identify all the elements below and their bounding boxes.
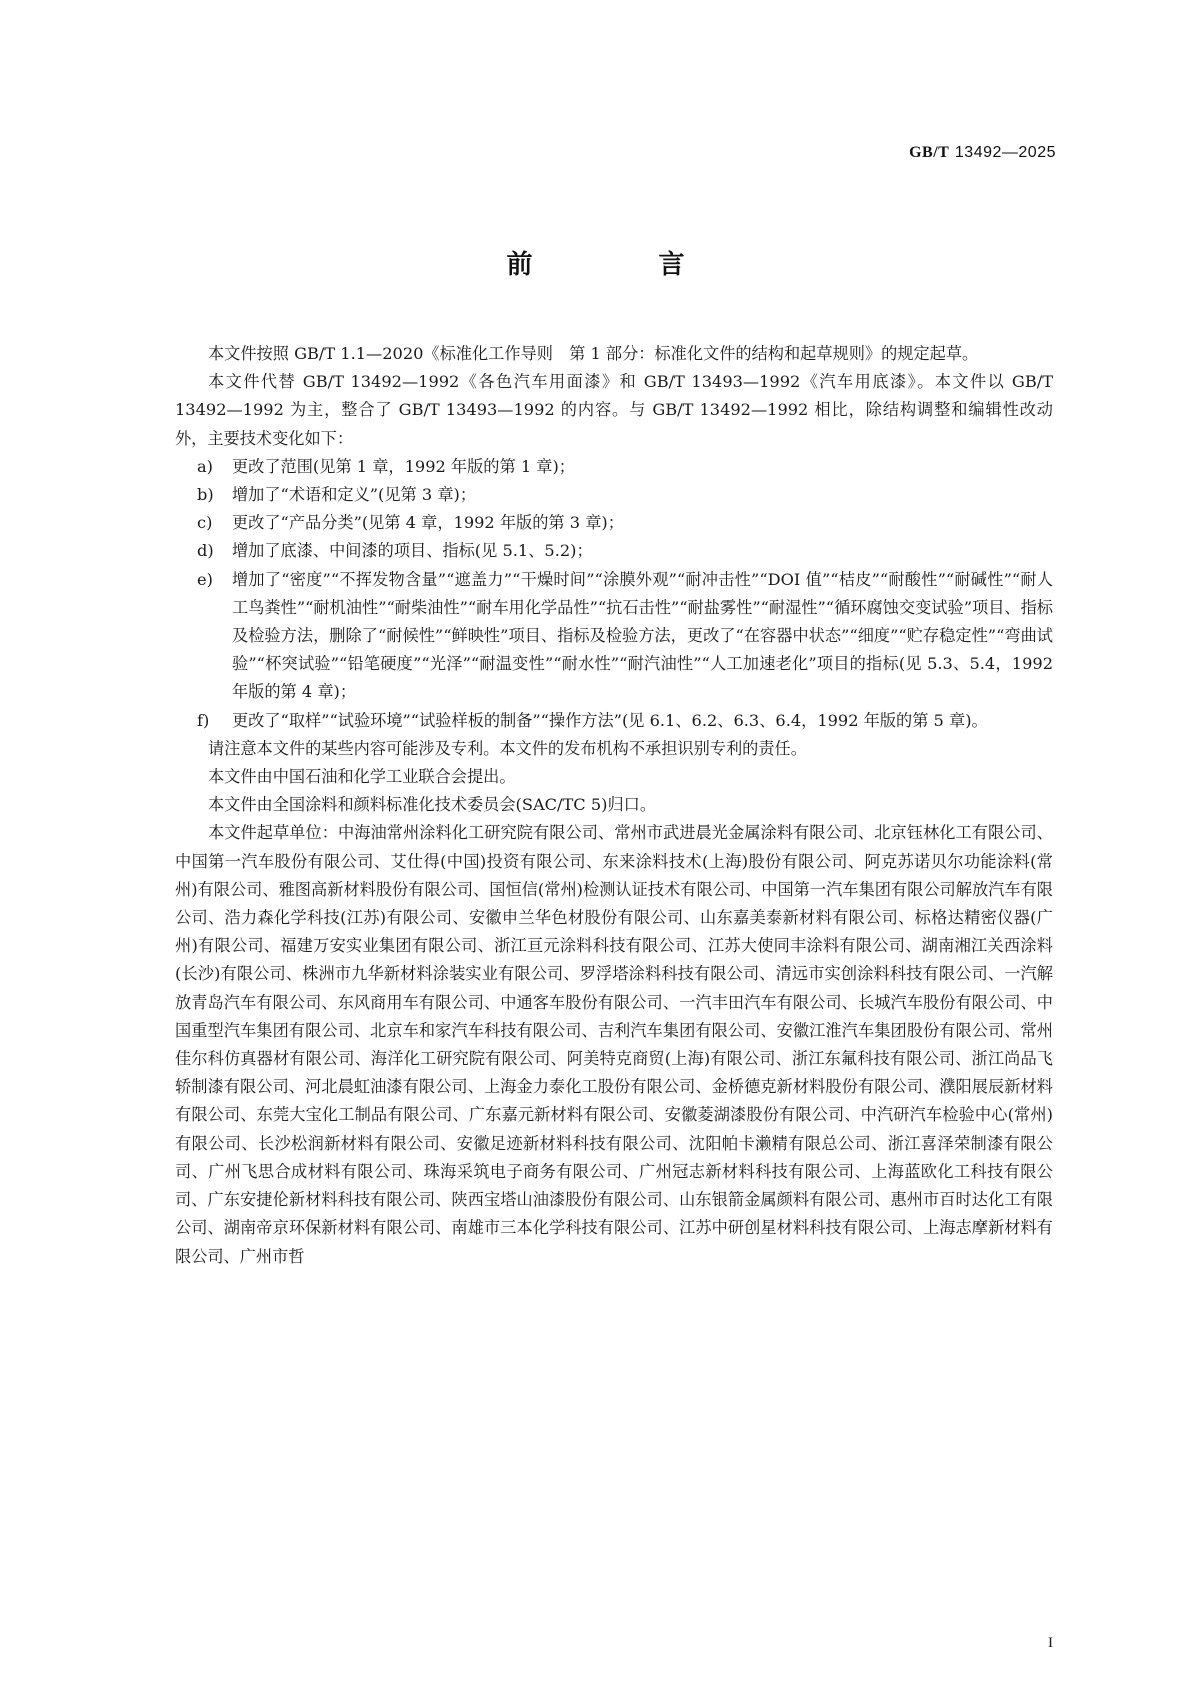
list-item: a)更改了范围(见第 1 章，1992 年版的第 1 章)； — [175, 453, 1053, 481]
list-item: b)增加了“术语和定义”(见第 3 章)； — [175, 481, 1053, 509]
list-text: 更改了“产品分类”(见第 4 章，1992 年版的第 3 章)； — [232, 513, 624, 532]
intro-paragraph: 本文件代替 GB/T 13492—1992《各色汽车用面漆》和 GB/T 134… — [175, 368, 1053, 453]
list-text: 增加了“密度”“不挥发物含量”“遮盖力”“干燥时间”“涂膜外观”“耐冲击性”“D… — [232, 570, 1053, 702]
patent-notice: 请注意本文件的某些内容可能涉及专利。本文件的发布机构不承担识别专利的责任。 — [175, 735, 1053, 763]
page-number: I — [1048, 1635, 1053, 1652]
list-label: f) — [197, 707, 209, 735]
list-item: c)更改了“产品分类”(见第 4 章，1992 年版的第 3 章)； — [175, 509, 1053, 537]
document-page: GB/T 13492—2025 前 言 本文件按照 GB/T 1.1—2020《… — [0, 0, 1191, 1685]
changes-list: a)更改了范围(见第 1 章，1992 年版的第 1 章)； b)增加了“术语和… — [175, 453, 1053, 735]
list-label: d) — [197, 537, 214, 565]
list-label: e) — [197, 566, 213, 594]
list-text: 更改了“取样”“试验环境”“试验样板的制备”“操作方法”(见 6.1、6.2、6… — [232, 711, 988, 730]
list-item: d)增加了底漆、中间漆的项目、指标(见 5.1、5.2)； — [175, 537, 1053, 565]
list-label: c) — [197, 509, 212, 537]
list-label: a) — [197, 453, 213, 481]
list-text: 更改了范围(见第 1 章，1992 年版的第 1 章)； — [232, 457, 575, 476]
standard-number: 13492—2025 — [955, 144, 1056, 161]
drafting-units-paragraph: 本文件起草单位：中海油常州涂料化工研究院有限公司、常州市武进晨光金属涂料有限公司… — [175, 819, 1053, 1270]
proposer-paragraph: 本文件由中国石油和化学工业联合会提出。 — [175, 763, 1053, 791]
page-title: 前 言 — [0, 244, 1191, 281]
standard-number-header: GB/T 13492—2025 — [909, 142, 1056, 162]
list-label: b) — [197, 481, 214, 509]
intro-paragraph: 本文件按照 GB/T 1.1—2020《标准化工作导则 第 1 部分：标准化文件… — [175, 340, 1053, 368]
list-item: f)更改了“取样”“试验环境”“试验样板的制备”“操作方法”(见 6.1、6.2… — [175, 707, 1053, 735]
list-item: e)增加了“密度”“不挥发物含量”“遮盖力”“干燥时间”“涂膜外观”“耐冲击性”… — [175, 566, 1053, 707]
list-text: 增加了“术语和定义”(见第 3 章)； — [232, 485, 476, 504]
document-body: 本文件按照 GB/T 1.1—2020《标准化工作导则 第 1 部分：标准化文件… — [175, 340, 1053, 1271]
list-text: 增加了底漆、中间漆的项目、指标(见 5.1、5.2)； — [232, 541, 593, 560]
committee-paragraph: 本文件由全国涂料和颜料标准化技术委员会(SAC/TC 5)归口。 — [175, 791, 1053, 819]
standard-prefix: GB/T — [909, 144, 949, 161]
